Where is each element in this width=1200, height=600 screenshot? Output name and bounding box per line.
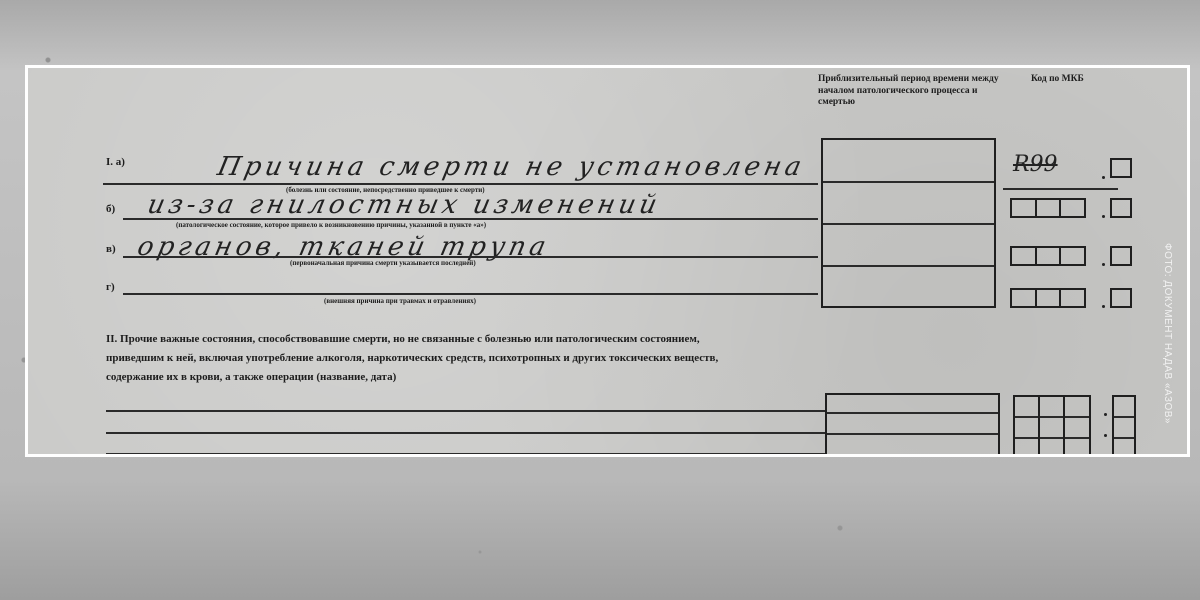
icd-code-boxes-d xyxy=(1010,288,1086,308)
row-b-caption: (патологическое состояние, которое приве… xyxy=(176,221,486,229)
section2-icd-grid xyxy=(1013,395,1091,457)
row-b-letter: б) xyxy=(106,203,115,215)
section2-line1: II. Прочие важные состояния, способствов… xyxy=(106,330,1006,349)
section2-text: II. Прочие важные состояния, способствов… xyxy=(106,330,1006,387)
icd-subcode-box-a xyxy=(1110,158,1132,178)
icd-code-boxes-b xyxy=(1010,198,1086,218)
icd-subcode-box-c xyxy=(1110,246,1132,266)
icd-code-a: R99 xyxy=(1013,152,1058,177)
period-box-column xyxy=(821,138,996,308)
section1-label: I. а) xyxy=(106,156,125,168)
row-a-line xyxy=(103,183,818,185)
photo-credit: ФОТО: ДОКУМЕНТ НАДАВ «АЗОВ» xyxy=(1162,243,1173,424)
icd-code-boxes-c xyxy=(1010,246,1086,266)
death-certificate-fragment: Приблизительный период времени между нач… xyxy=(25,65,1190,457)
icd-subcode-box-b xyxy=(1110,198,1132,218)
handwritten-cause-b: из-за гнилостных изменений xyxy=(145,190,664,220)
section2-line2: приведшим к ней, включая употребление ал… xyxy=(106,349,1006,368)
section2-icd-subgrid xyxy=(1112,395,1136,457)
row-d-line xyxy=(123,293,818,295)
row-c-line xyxy=(123,256,818,258)
row-c-letter: в) xyxy=(106,243,116,255)
section2-period-box xyxy=(825,393,1000,457)
header-icd-code: Код по МКБ xyxy=(1031,74,1084,86)
handwritten-cause-a: Причина смерти не установлена xyxy=(215,152,808,182)
row-b-line xyxy=(123,218,818,220)
section2-line-a xyxy=(106,410,826,412)
section2-line-c xyxy=(106,453,826,455)
section2-line-b xyxy=(106,432,826,434)
row-d-letter: г) xyxy=(106,281,115,293)
section2-line3: содержание их в крови, а также операции … xyxy=(106,368,1006,387)
icd-subcode-box-d xyxy=(1110,288,1132,308)
row-c-caption: (первоначальная причина смерти указывает… xyxy=(290,259,476,267)
row-d-caption: (внешняя причина при травмах и отравлени… xyxy=(324,297,476,305)
header-period: Приблизительный период времени между нач… xyxy=(818,74,1003,109)
